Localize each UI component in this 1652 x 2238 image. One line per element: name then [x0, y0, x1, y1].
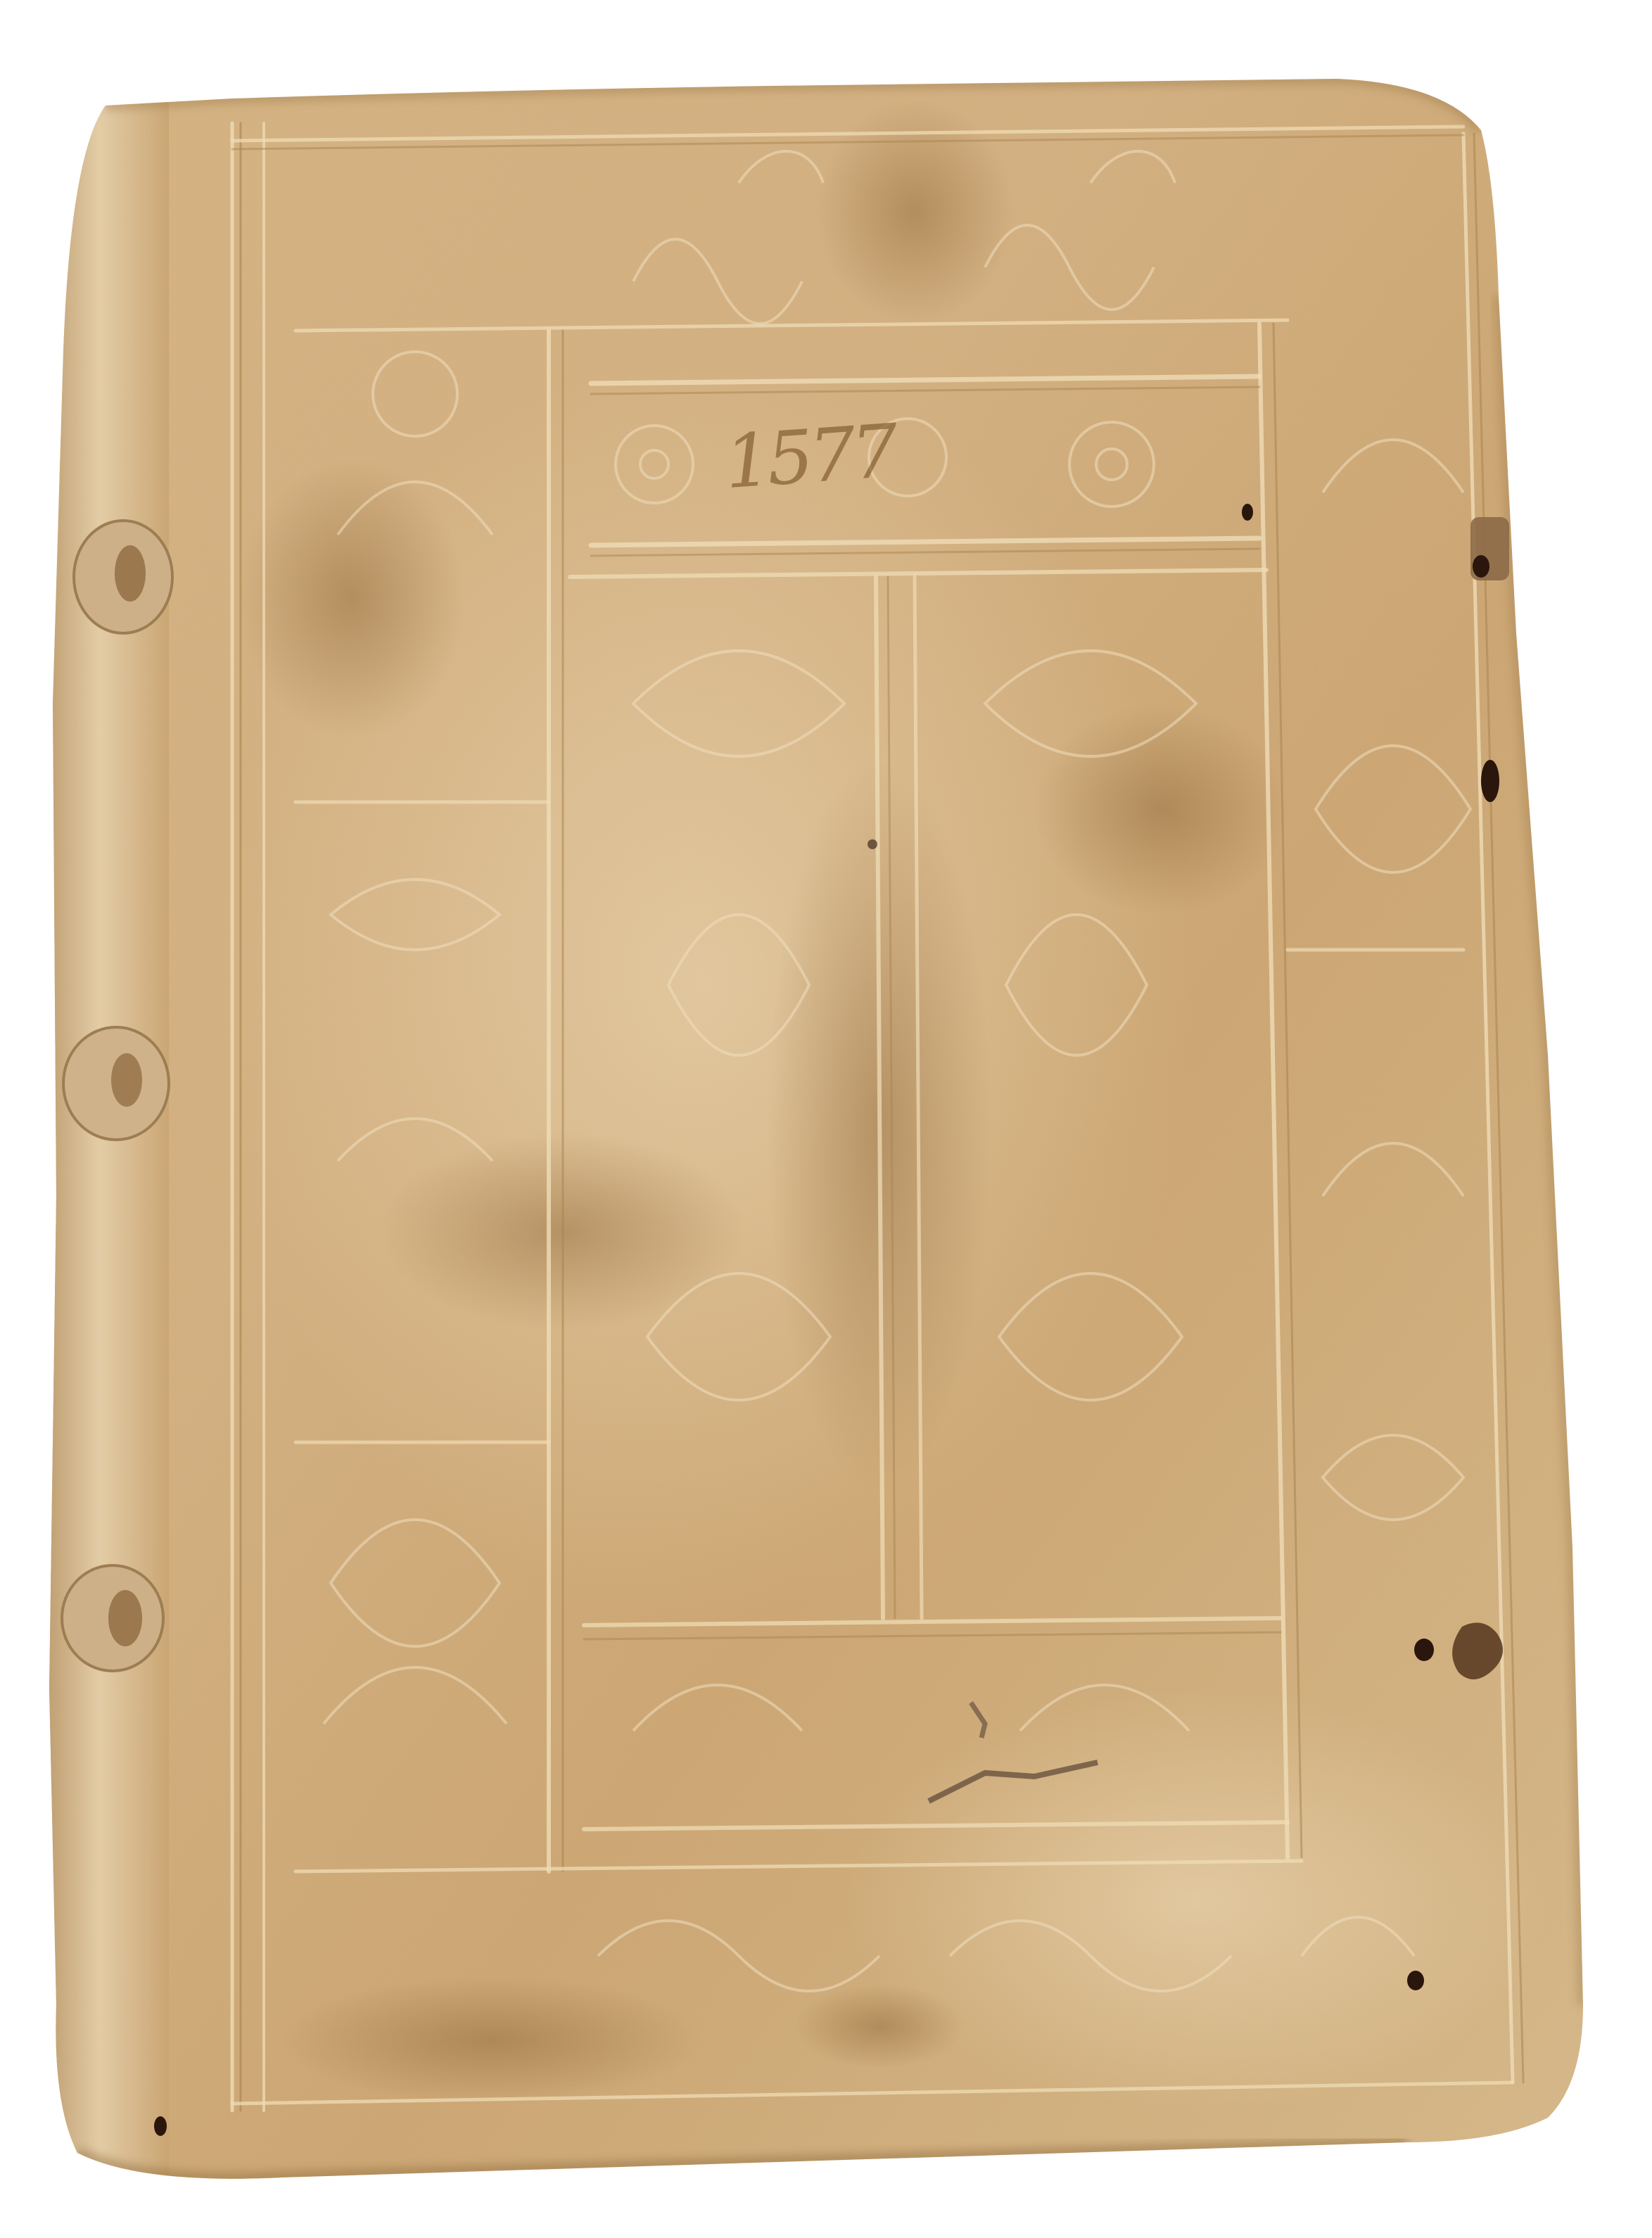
hole [154, 2116, 167, 2136]
hole [1242, 504, 1253, 521]
hole [1414, 1639, 1434, 1661]
book-cover-illustration [0, 0, 1652, 2238]
date-inscription: 1577 [722, 410, 875, 504]
hole [1407, 1971, 1424, 1990]
hole [1481, 760, 1499, 802]
book-body [0, 0, 1652, 2238]
book-cover-photo: 1577 [0, 0, 1652, 2238]
